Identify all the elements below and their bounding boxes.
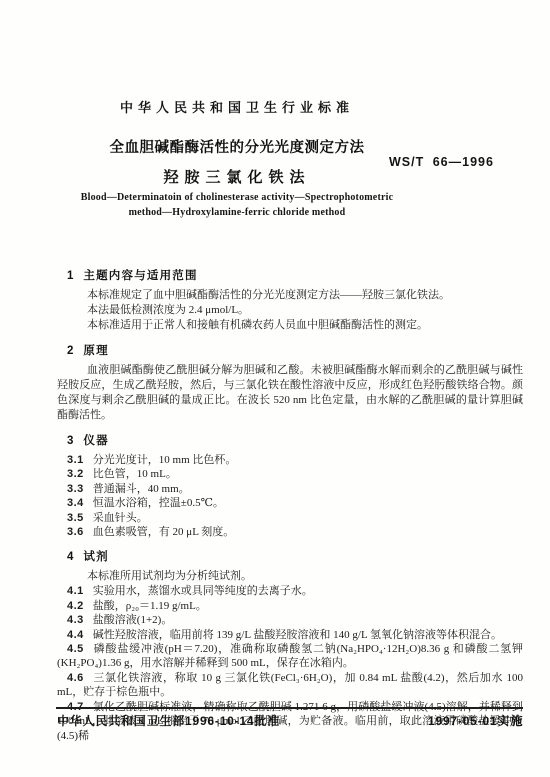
clause-number: 4.5	[67, 643, 84, 655]
paragraph: 本标准所用试剂均为分析纯试剂。	[57, 569, 523, 584]
clause-text: 盐酸溶液(1+2)。	[93, 614, 173, 626]
clause-text: 普通漏斗，40 mm。	[93, 483, 190, 495]
title-en-line1: Blood—Determinatoin of cholinesterase ac…	[57, 192, 417, 203]
section-title: 原理	[83, 345, 108, 357]
clause-3-1: 3.1分光光度计，10 mm 比色杯。	[57, 453, 523, 467]
section-heading-4: 4试剂	[67, 548, 523, 564]
section-heading-2: 2原理	[67, 342, 523, 358]
page-footer: 中华人民共和国卫生部1996-10-14批准 1997-05-01实施	[57, 712, 523, 729]
approval-note: 中华人民共和国卫生部1996-10-14批准	[57, 712, 280, 729]
clause-3-6: 3.6血色素吸管，有 20 μL 刻度。	[57, 525, 523, 539]
clause-text: 恒温水浴箱，控温±0.5℃。	[93, 497, 224, 509]
paragraph: 本法最低检测浓度为 2.4 μmol/L。	[57, 303, 523, 318]
title-en-line2: method—Hydroxylamine-ferric chloride met…	[57, 207, 417, 218]
clause-number: 3.3	[67, 483, 84, 495]
document-header: 中华人民共和国卫生行业标准 全血胆碱酯酶活性的分光光度测定方法 羟胺三氯化铁法 …	[57, 0, 417, 240]
footer-divider	[56, 707, 523, 709]
clause-number: 4.2	[67, 600, 84, 612]
clause-text: 比色管，10 mL。	[93, 468, 177, 480]
clause-number: 3.1	[67, 454, 84, 466]
clause-4-1: 4.1实验用水，蒸馏水或具同等纯度的去离子水。	[57, 584, 523, 598]
title-cn-line1: 全血胆碱酯酶活性的分光光度测定方法	[57, 136, 417, 157]
clause-text: 实验用水，蒸馏水或具同等纯度的去离子水。	[93, 585, 313, 597]
clause-text: 分光光度计，10 mm 比色杯。	[93, 454, 237, 466]
standard-number: WS/T 66—1996	[389, 155, 494, 169]
clause-text: 血色素吸管，有 20 μL 刻度。	[93, 526, 234, 538]
paragraph: 本标准规定了血中胆碱酯酶活性的分光光度测定方法——羟胺三氯化铁法。	[57, 288, 523, 303]
clause-4-5: 4.5磷酸盐缓冲液(pH＝7.20)，准确称取磷酸氢二钠(Na₂HPO₄·12H…	[57, 642, 523, 671]
clause-text: 磷酸盐缓冲液(pH＝7.20)，准确称取磷酸氢二钠(Na₂HPO₄·12H₂O)…	[57, 643, 523, 669]
clause-4-6: 4.6三氯化铁溶液，称取 10 g 三氯化铁(FeCl₃·6H₂O)，加 0.8…	[57, 671, 523, 700]
clause-number: 3.2	[67, 468, 84, 480]
clause-4-2: 4.2盐酸，ρ₂₀＝1.19 g/mL。	[57, 599, 523, 613]
section-title: 试剂	[83, 551, 108, 563]
clause-number: 4.3	[67, 614, 84, 626]
org-header: 中华人民共和国卫生行业标准	[57, 97, 417, 116]
paragraph: 血液胆碱酯酶使乙酰胆碱分解为胆碱和乙酸。未被胆碱酯酶水解而剩余的乙酰胆碱与碱性羟…	[57, 363, 523, 423]
section-heading-3: 3仪器	[67, 432, 523, 448]
clause-number: 4.1	[67, 585, 84, 597]
clause-3-5: 3.5采血针头。	[57, 511, 523, 525]
clause-3-3: 3.3普通漏斗，40 mm。	[57, 482, 523, 496]
clause-text: 三氯化铁溶液，称取 10 g 三氯化铁(FeCl₃·6H₂O)，加 0.84 m…	[57, 672, 523, 698]
document-page: 中华人民共和国卫生行业标准 全血胆碱酯酶活性的分光光度测定方法 羟胺三氯化铁法 …	[0, 0, 550, 777]
clause-4-4: 4.4碱性羟胺溶液，临用前将 139 g/L 盐酸羟胺溶液和 140 g/L 氢…	[57, 628, 523, 642]
section-number: 2	[67, 345, 73, 357]
clause-text: 碱性羟胺溶液，临用前将 139 g/L 盐酸羟胺溶液和 140 g/L 氢氧化钠…	[93, 629, 502, 641]
clause-number: 4.6	[67, 672, 84, 684]
clause-number: 3.6	[67, 526, 84, 538]
section-number: 4	[67, 551, 73, 563]
title-cn-line2: 羟胺三氯化铁法	[57, 166, 417, 187]
document-body: 1主题内容与适用范围 本标准规定了血中胆碱酯酶活性的分光光度测定方法——羟胺三氯…	[57, 260, 523, 743]
clause-text: 盐酸，ρ₂₀＝1.19 g/mL。	[93, 600, 207, 612]
clause-number: 4.4	[67, 629, 84, 641]
clause-number: 3.5	[67, 512, 84, 524]
clause-3-2: 3.2比色管，10 mL。	[57, 467, 523, 481]
section-title: 仪器	[83, 435, 108, 447]
clause-number: 3.4	[67, 497, 84, 509]
clause-4-3: 4.3盐酸溶液(1+2)。	[57, 613, 523, 627]
paragraph: 本标准适用于正常人和接触有机磷农药人员血中胆碱酯酶活性的测定。	[57, 318, 523, 333]
clause-3-4: 3.4恒温水浴箱，控温±0.5℃。	[57, 496, 523, 510]
section-number: 1	[67, 270, 73, 282]
section-number: 3	[67, 435, 73, 447]
effective-note: 1997-05-01实施	[428, 712, 523, 729]
clause-text: 采血针头。	[93, 512, 148, 524]
section-title: 主题内容与适用范围	[83, 270, 197, 282]
section-heading-1: 1主题内容与适用范围	[67, 267, 523, 283]
